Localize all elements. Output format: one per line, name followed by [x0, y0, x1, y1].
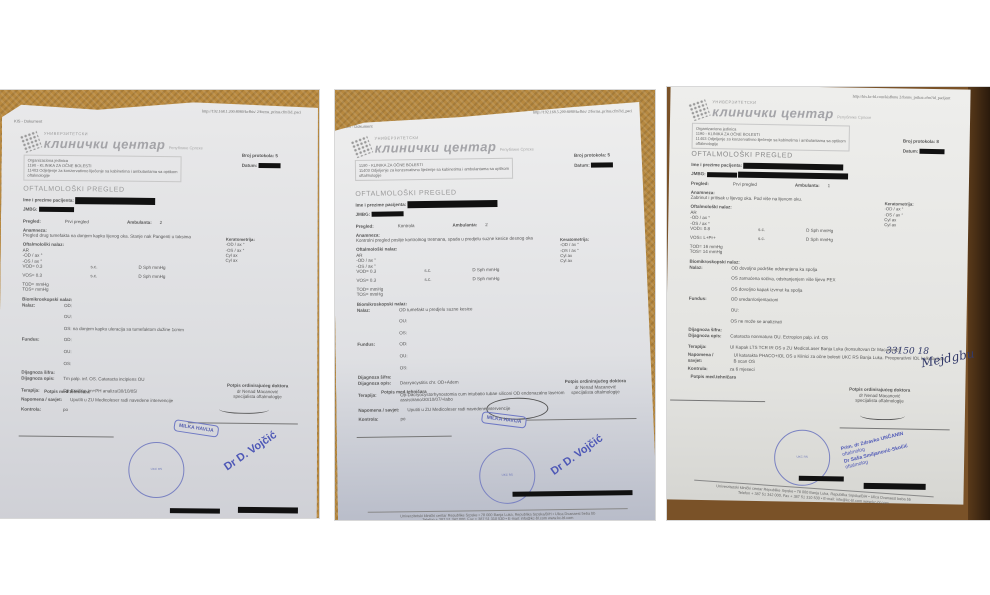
- patient-info: Ime i prezime pacijenta: JMBG:: [691, 162, 848, 183]
- report-title: OFTALMOLOŠKI PREGLED: [691, 151, 792, 162]
- report-title: OFTALMOLOŠKI PREGLED: [23, 186, 124, 196]
- doctor-signature-block: Potpis ordinirajućeg doktora dr Nenad Ma…: [227, 383, 288, 401]
- table-surface: [968, 87, 990, 520]
- protocol-info: Broj protokola: 5 Datum:: [574, 152, 613, 172]
- clinic-name: клинички центар: [375, 139, 497, 156]
- logo-dots-icon: [688, 98, 711, 121]
- signature-area: Potpis med.tehničara Potpis ordinirajuće…: [667, 369, 966, 504]
- signature-line: [670, 399, 765, 402]
- logo-dots-icon: [350, 135, 373, 158]
- medical-report-page: http://192.168.5.200:8080/kcfbis/ 2/form…: [335, 102, 655, 520]
- redaction-bar: [919, 149, 944, 154]
- breadcrumb: KIS - Dokument: [14, 118, 42, 123]
- clinic-logo: УНИВЕРЗИТЕТСКИ клинички центар Републике…: [22, 131, 203, 154]
- redaction-bar: [512, 490, 632, 497]
- redaction-bar: [75, 197, 155, 205]
- medical-report-page: http://192.168.1.200:8080/kcfbis/ 2/form…: [0, 100, 319, 518]
- patient-info: Ime i prezime pacijenta: JMBG:: [355, 200, 497, 221]
- patient-info: Ime i prezime pacijenta: JMBG:: [23, 197, 155, 217]
- signature-line: [357, 436, 452, 438]
- clinic-name: клинички центар: [712, 104, 834, 121]
- redaction-bar: [864, 483, 926, 490]
- redaction-bar: [738, 172, 848, 180]
- keratometry: Keratometrija: -OD / ax ° -OS / ax ° Cyl…: [560, 237, 594, 264]
- document-photo-1: http://192.168.1.200:8080/kcfbis/ 2/form…: [0, 90, 319, 518]
- department-box: Organizaciona jedinica 1190 - KLINIKA ZA…: [23, 155, 181, 183]
- print-url: http://kis.kc-bl.com/kisfbmu 2/forms_pri…: [853, 94, 951, 101]
- document-photo-3: http://kis.kc-bl.com/kisfbmu 2/forms_pri…: [667, 87, 990, 520]
- protocol-info: Broj protokola: 5 Datum:: [242, 153, 281, 173]
- report-title: OFTALMOLOŠKI PREGLED: [355, 190, 456, 200]
- logo-dots-icon: [19, 130, 42, 153]
- redaction-bar: [259, 163, 281, 168]
- department-box: 1190 - KLINIKA ZA OČNE BOLESTI 11403 Odj…: [355, 158, 513, 181]
- signature-line: [840, 427, 950, 430]
- round-clinic-stamp: UKC RS: [128, 442, 185, 499]
- document-photo-2: http://192.168.5.200:8080/kcfbis/ 2/form…: [335, 90, 655, 520]
- signature-line: [19, 436, 114, 438]
- redaction-bar: [407, 200, 497, 208]
- doctor-signature-block: Potpis ordinirajućeg doktora dr Nenad Ma…: [565, 378, 626, 396]
- redaction-bar: [238, 507, 298, 514]
- department-box: Organizaciona jedinica 1190 - KLINIKA ZA…: [692, 123, 850, 152]
- redaction-bar: [707, 172, 737, 178]
- redaction-bar: [371, 212, 403, 217]
- protocol-info: Broj protokola: 8 Datum:: [903, 138, 945, 158]
- redaction-bar: [170, 508, 220, 514]
- handwritten-signature: [219, 405, 269, 415]
- signature-line: [526, 418, 636, 421]
- keratometry: Keratometrija: -OD / ax ° -OS / ax ° Cyl…: [884, 201, 918, 228]
- keratometry: Keratometrija: -OD / ax ° -OS / ax ° Cyl…: [226, 237, 260, 264]
- redaction-bar: [799, 476, 844, 482]
- clinic-logo: УНИВЕРЗИТЕТСКИ клинички центар Републике…: [690, 99, 871, 123]
- redaction-bar: [743, 163, 843, 171]
- doctor-stamp: Prim. dr Zdravko UNČANIN oftalmolog Dr S…: [840, 430, 910, 470]
- doctor-stamp: Dr D. Vojčić: [222, 429, 280, 475]
- doctor-stamp: Dr D. Vojčić: [549, 432, 606, 479]
- clinic-name: клинички центар: [44, 136, 166, 152]
- handwritten-signature: [860, 411, 905, 421]
- doctor-signature-block: Potpis ordinirajućeg doktora dr Nenad Ma…: [849, 387, 911, 405]
- print-url: http://192.168.1.200:8080/kcfbis/ 2/form…: [202, 108, 301, 114]
- signature-area: Potpis med.tehničara Potpis ordinirajuće…: [336, 378, 655, 520]
- medical-report-page: http://kis.kc-bl.com/kisfbmu 2/forms_pri…: [667, 87, 971, 505]
- signature-area: Potpis med.tehničara Potpis ordinirajuće…: [0, 380, 318, 518]
- clinic-logo: УНИВЕРЗИТЕТСКИ клинички центар Републике…: [353, 133, 534, 157]
- redaction-bar: [591, 162, 613, 167]
- redaction-bar: [39, 207, 74, 212]
- page-footer: Univerzitetski klinički centar Republike…: [368, 508, 628, 520]
